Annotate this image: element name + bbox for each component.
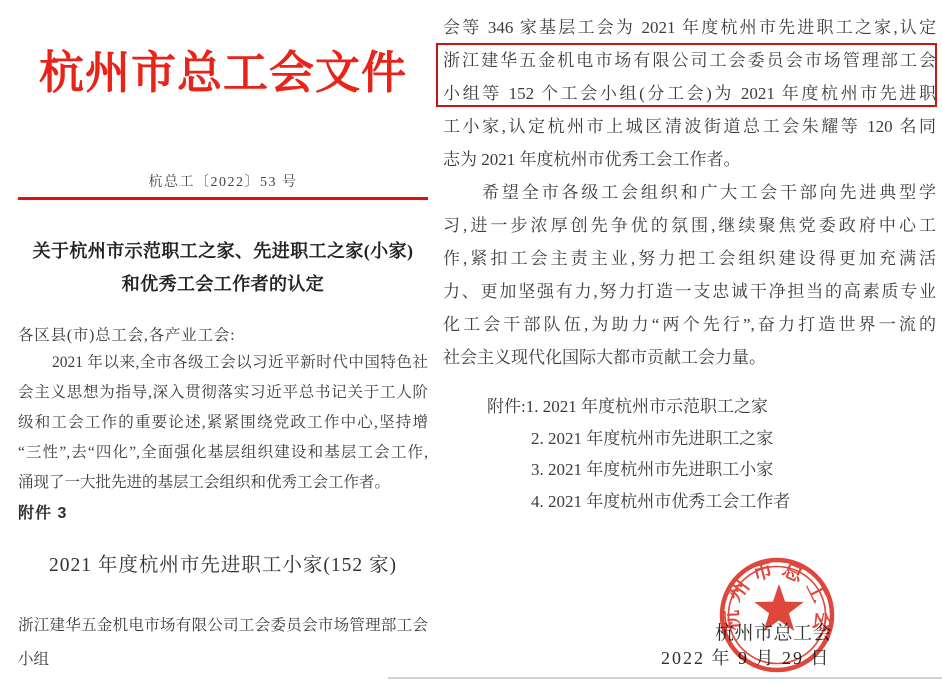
document-number: 杭总工〔2022〕53 号 (18, 171, 428, 191)
paragraph-line: 2021 年以来,全市各级工会以习近平新时代中国特色社 (18, 348, 428, 378)
body-line: 作,紧扣工会主责主业,努力把工会组织建设得更加充满活 (443, 242, 936, 275)
winner-line: 小组 (18, 643, 428, 677)
body-paragraph: 2021 年以来,全市各级工会以习近平新时代中国特色社 会主义思想为指导,深入贯… (18, 348, 428, 498)
attachments-row: 附件:1. 2021 年度杭州市示范职工之家 (487, 391, 790, 423)
document-title-line2: 和优秀工会工作者的认定 (18, 268, 428, 301)
body-line-highlighted: 浙江建华五金机电市场有限公司工会委员会市场管理部工会 (443, 44, 936, 77)
document-title: 关于杭州市示范职工之家、先进职工之家(小家) 和优秀工会工作者的认定 (18, 235, 428, 301)
document-title-line1: 关于杭州市示范职工之家、先进职工之家(小家) (18, 235, 428, 268)
salutation: 各区县(市)总工会,各产业工会: (18, 323, 235, 345)
attachments-list: 附件:1. 2021 年度杭州市示范职工之家 2. 2021 年度杭州市先进职工… (487, 391, 790, 517)
paragraph-line: 会主义思想为指导,深入贯彻落实习近平总书记关于工人阶 (18, 378, 428, 408)
paragraph-line: 涌现了一大批先进的基层工会组织和优秀工会工作者。 (18, 468, 428, 498)
paragraph-line: “三性”,去“四化”,全面强化基层组织建设和基层工会工作, (18, 438, 428, 468)
body-line-highlighted: 小组等 152 个工会小组(分工会)为 2021 年度杭州市先进职 (443, 77, 936, 110)
attachment-item: 4. 2021 年度杭州市优秀工会工作者 (487, 486, 790, 518)
left-page: 杭州市总工会文件 杭总工〔2022〕53 号 关于杭州市示范职工之家、先进职工之… (18, 0, 428, 690)
body-line: 力、更加坚强有力,努力打造一支忠诚干净担当的高素质专业 (443, 275, 936, 308)
body-line: 社会主义现代化国际大都市贡献工会力量。 (443, 341, 936, 374)
winner-entry: 浙江建华五金机电市场有限公司工会委员会市场管理部工会 小组 (18, 609, 428, 676)
right-page: 会等 346 家基层工会为 2021 年度杭州市先进职工之家,认定 浙江建华五金… (443, 0, 936, 690)
attachments-label: 附件: (487, 397, 526, 416)
attachment-item: 2. 2021 年度杭州市先进职工之家 (487, 423, 790, 455)
winner-line: 浙江建华五金机电市场有限公司工会委员会市场管理部工会 (18, 609, 428, 643)
seal-star-icon (754, 584, 803, 631)
official-seal: 杭州市总工会 (701, 539, 853, 690)
body-line: 志为 2021 年度杭州市优秀工会工作者。 (443, 143, 936, 176)
body-line: 会等 346 家基层工会为 2021 年度杭州市先进职工之家,认定 (443, 11, 936, 44)
body-line: 工小家,认定杭州市上城区清波街道总工会朱耀等 120 名同 (443, 110, 936, 143)
page-bottom-edge (388, 677, 942, 679)
body-line: 希望全市各级工会组织和广大工会干部向先进典型学 (443, 176, 936, 209)
body-text: 会等 346 家基层工会为 2021 年度杭州市先进职工之家,认定 浙江建华五金… (443, 11, 936, 374)
attachment-title: 2021 年度杭州市先进职工小家(152 家) (18, 549, 428, 577)
attachment-label: 附件 3 (18, 500, 67, 523)
attachment-item: 1. 2021 年度杭州市示范职工之家 (526, 397, 768, 416)
body-line: 化工会干部队伍,为助力“两个先行”,奋力打造世界一流的 (443, 308, 936, 341)
attachment-item: 3. 2021 年度杭州市先进职工小家 (487, 454, 790, 486)
paragraph-line: 级和工会工作的重要论述,紧紧围绕党政工作中心,坚持增 (18, 408, 428, 438)
body-line: 习,进一步浓厚创先争优的氛围,继续聚焦党委政府中心工 (443, 209, 936, 242)
masthead-rule (18, 197, 428, 200)
document-masthead: 杭州市总工会文件 (18, 36, 428, 101)
